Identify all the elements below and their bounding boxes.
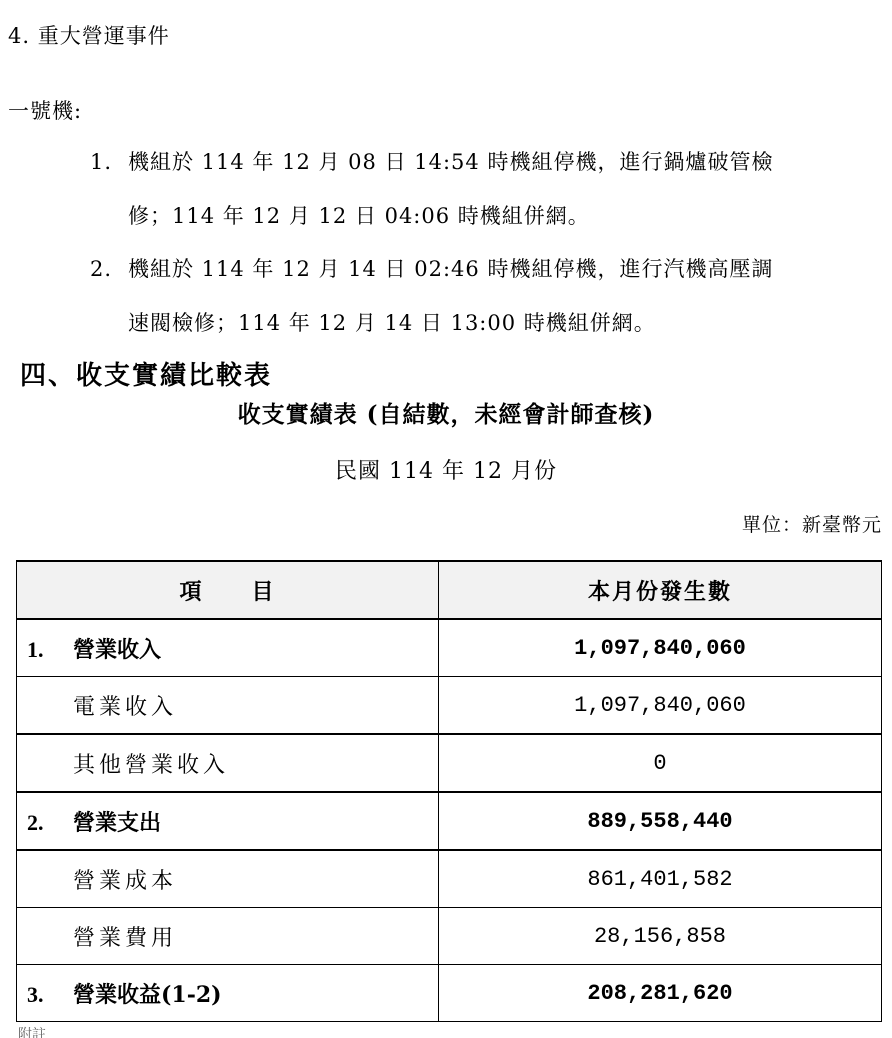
footnote-fragment: 附註 <box>18 1028 46 1038</box>
table-row: 營業費用 28,156,858 <box>17 908 882 965</box>
row-label: 營業成本 <box>17 850 439 908</box>
row-label: 其他營業收入 <box>17 734 439 792</box>
row-value: 1,097,840,060 <box>439 677 882 735</box>
row-number: 3. <box>27 982 73 1008</box>
table-title: 收支實績表 (自結數，未經會計師查核) <box>0 400 892 430</box>
table-header-row: 項 目 本月份發生數 <box>17 561 882 619</box>
column-header-current-month: 本月份發生數 <box>439 561 882 619</box>
row-label: 2.營業支出 <box>17 792 439 850</box>
row-number: 1. <box>27 637 73 663</box>
section-heading-major-events: 4. 重大營運事件 <box>8 22 170 50</box>
row-number: 2. <box>27 810 73 836</box>
row-label-text: 營業收益(1-2) <box>73 982 222 1008</box>
row-value: 208,281,620 <box>439 965 882 1022</box>
row-label: 電業收入 <box>17 677 439 735</box>
income-expense-table: 項 目 本月份發生數 1.營業收入 1,097,840,060 電業收入 1,0… <box>16 560 882 1022</box>
table-row: 3.營業收益(1-2) 208,281,620 <box>17 965 882 1022</box>
event-text-line1: 機組於 114 年 12 月 08 日 14:54 時機組停機，進行鍋爐破管檢 <box>128 148 773 176</box>
event-number: 2. <box>90 255 112 283</box>
row-value: 861,401,582 <box>439 850 882 908</box>
table-row: 其他營業收入 0 <box>17 734 882 792</box>
row-label: 營業費用 <box>17 908 439 965</box>
event-number: 1. <box>90 148 112 176</box>
row-value: 0 <box>439 734 882 792</box>
event-text-line2: 速閥檢修；114 年 12 月 14 日 13:00 時機組併網。 <box>128 309 656 337</box>
row-label-text: 營業收入 <box>73 637 161 663</box>
row-label: 1.營業收入 <box>17 619 439 677</box>
table-row: 2.營業支出 889,558,440 <box>17 792 882 850</box>
row-value: 1,097,840,060 <box>439 619 882 677</box>
table-row: 電業收入 1,097,840,060 <box>17 677 882 735</box>
row-label: 3.營業收益(1-2) <box>17 965 439 1022</box>
row-value: 889,558,440 <box>439 792 882 850</box>
report-period: 民國 114 年 12 月份 <box>0 458 892 486</box>
currency-unit: 單位：新臺幣元 <box>742 512 882 538</box>
event-text-line2: 修；114 年 12 月 12 日 04:06 時機組併網。 <box>128 202 590 230</box>
row-label-text: 營業支出 <box>73 810 161 836</box>
table-row: 1.營業收入 1,097,840,060 <box>17 619 882 677</box>
section-title-comparison: 四、收支實績比較表 <box>20 360 272 392</box>
column-header-item: 項 目 <box>17 561 439 619</box>
row-value: 28,156,858 <box>439 908 882 965</box>
unit-label: 一號機: <box>8 97 82 125</box>
event-text-line1: 機組於 114 年 12 月 14 日 02:46 時機組停機，進行汽機高壓調 <box>128 255 773 283</box>
table-row: 營業成本 861,401,582 <box>17 850 882 908</box>
